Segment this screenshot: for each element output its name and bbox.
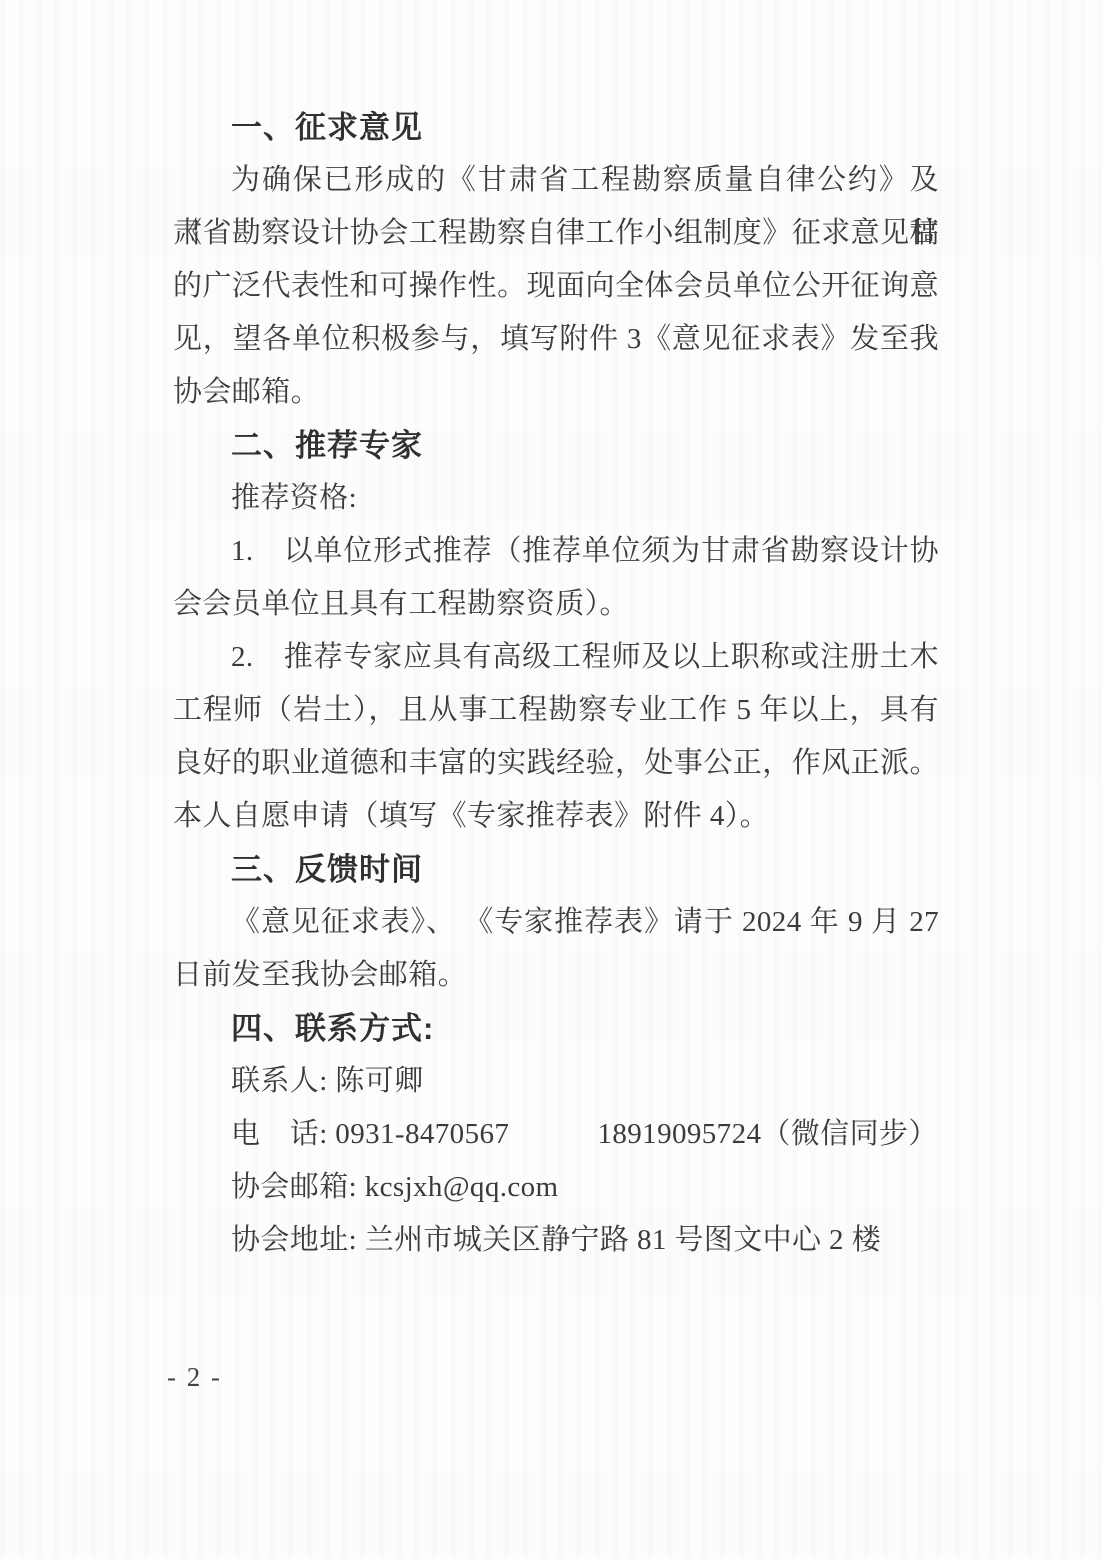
paragraph-line: 日前发至我协会邮箱。	[173, 949, 939, 1002]
document-page: 一、征求意见 为确保已形成的《甘肃省工程勘察质量自律公约》及《甘 肃省勘察设计协…	[0, 0, 1102, 1559]
list-item-2-line: 工程师（岩土），且从事工程勘察专业工作 5 年以上，具有	[173, 684, 939, 737]
section-heading-feedback-time: 三、反馈时间	[173, 843, 939, 896]
contact-address-line: 协会地址: 兰州市城关区静宁路 81 号图文中心 2 楼	[173, 1214, 939, 1267]
paragraph-line: 见，望各单位积极参与，填写附件 3《意见征求表》发至我	[173, 313, 939, 366]
section-heading-recommend-experts: 二、推荐专家	[173, 419, 939, 472]
list-item-2-line: 良好的职业道德和丰富的实践经验，处事公正，作风正派。	[173, 737, 939, 790]
document-body: 一、征求意见 为确保已形成的《甘肃省工程勘察质量自律公约》及《甘 肃省勘察设计协…	[173, 101, 939, 1267]
section-heading-soliciting-opinions: 一、征求意见	[173, 101, 939, 154]
contact-phone-line: 电 话: 0931-8470567 18919095724（微信同步）	[173, 1108, 939, 1161]
list-item-1-line: 会会员单位且具有工程勘察资质）。	[173, 578, 939, 631]
paragraph-line: 为确保已形成的《甘肃省工程勘察质量自律公约》及《甘	[173, 154, 939, 207]
contact-email-line: 协会邮箱: kcsjxh@qq.com	[173, 1161, 939, 1214]
section-heading-contact-info: 四、联系方式:	[173, 1002, 939, 1055]
list-item-2-line: 本人自愿申请（填写《专家推荐表》附件 4）。	[173, 790, 939, 843]
subheading-recommend-qualifications: 推荐资格:	[173, 472, 939, 525]
list-item-2-line: 2. 推荐专家应具有高级工程师及以上职称或注册土木	[173, 631, 939, 684]
list-item-1-line: 1. 以单位形式推荐（推荐单位须为甘肃省勘察设计协	[173, 525, 939, 578]
paragraph-line: 《意见征求表》、 《专家推荐表》请于 2024 年 9 月 27	[173, 896, 939, 949]
paragraph-line: 协会邮箱。	[173, 366, 939, 419]
paragraph-line: 肃省勘察设计协会工程勘察自律工作小组制度》征求意见稿	[173, 207, 939, 260]
paragraph-line: 的广泛代表性和可操作性。现面向全体会员单位公开征询意	[173, 260, 939, 313]
contact-person-line: 联系人: 陈可卿	[173, 1055, 939, 1108]
page-number: - 2 -	[167, 1351, 222, 1404]
